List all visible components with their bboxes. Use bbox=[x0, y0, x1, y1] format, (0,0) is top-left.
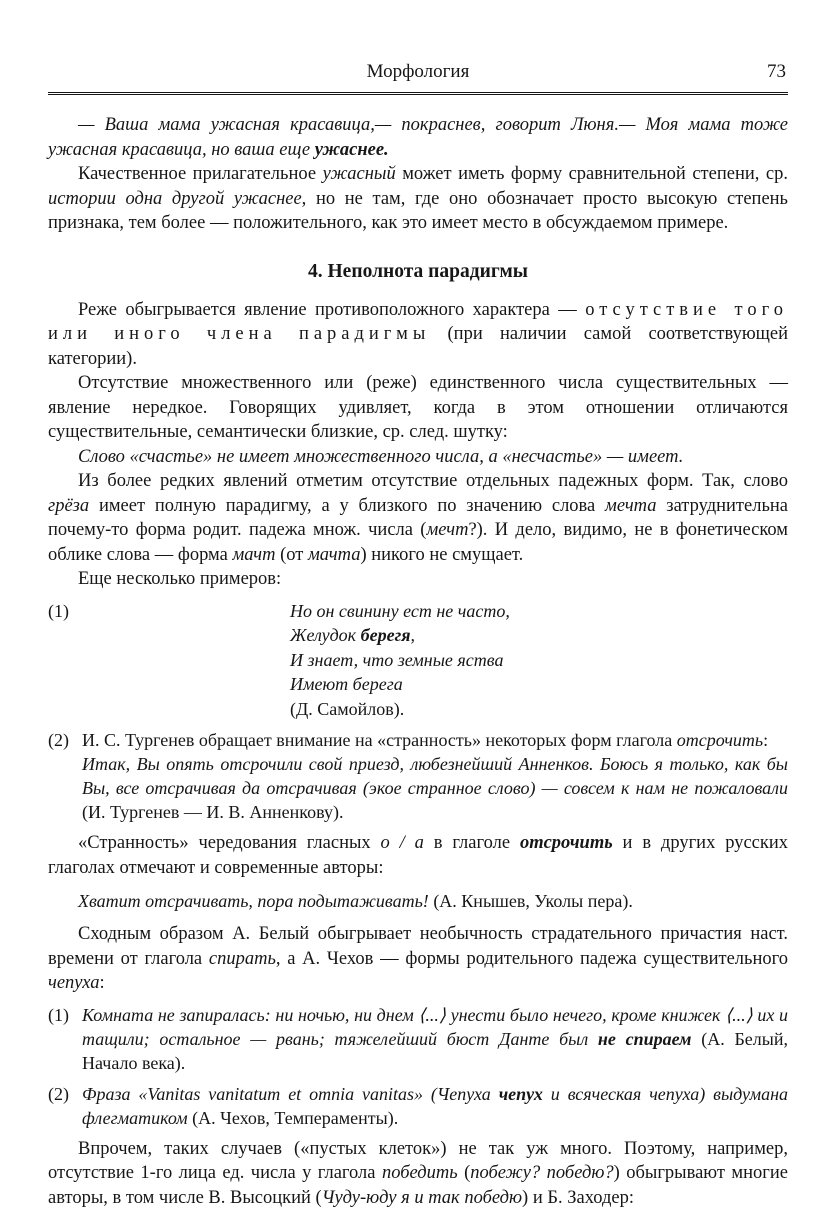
paragraph-vowel-alternation: «Странность» чередования гласных о / а в… bbox=[48, 831, 788, 880]
text-segment: (А. Кнышев, Уколы пера). bbox=[429, 891, 633, 911]
text-segment: Хватит отсрачивать, пора подытаживать! bbox=[78, 891, 429, 911]
text-segment: Отсутствие множественного или (реже) еди… bbox=[48, 373, 788, 442]
running-title: Морфология bbox=[367, 61, 470, 82]
text-segment: , bbox=[411, 625, 416, 645]
turgenev-example-item: (2) И. С. Тургенев обращает внимание на … bbox=[48, 728, 788, 824]
text-segment: имеет полную парадигму, а у близкого по … bbox=[89, 496, 605, 516]
item-marker: (2) bbox=[48, 728, 69, 752]
text-segment: (от bbox=[275, 545, 308, 565]
paragraph-paradigm-absence: Реже обыгрывается явление противоположно… bbox=[48, 298, 788, 372]
verse-line: Имеют берега bbox=[290, 672, 788, 697]
text-segment: Реже обыгрывается явление противоположно… bbox=[78, 300, 585, 320]
text-segment: чепух bbox=[499, 1084, 543, 1104]
paragraph-number-absence: Отсутствие множественного или (реже) еди… bbox=[48, 371, 788, 445]
text-segment: И знает, что земные яства bbox=[290, 650, 503, 670]
text-segment: Еще несколько примеров: bbox=[78, 569, 281, 589]
item-text: Фраза «Vanitas vanitatum et omnia vanita… bbox=[82, 1082, 788, 1130]
text-segment: может иметь форму сравнительной степени,… bbox=[396, 164, 788, 184]
text-segment: отсрочить bbox=[677, 730, 763, 750]
text-segment: (И. Тургенев — И. В. Анненкову). bbox=[82, 802, 343, 822]
item-marker: (1) bbox=[48, 599, 69, 623]
item-text: И. С. Тургенев обращает внимание на «стр… bbox=[82, 728, 788, 824]
paragraph-case-forms: Из более редких явлений отметим отсутств… bbox=[48, 469, 788, 567]
bely-example-item: (1) Комната не запиралась: ни ночью, ни … bbox=[48, 1003, 788, 1075]
text-segment: Но он свинину ест не часто, bbox=[290, 601, 510, 621]
text-segment: победить bbox=[382, 1163, 458, 1183]
verse-example-item: (1) Но он свинину ест не часто, Желудок … bbox=[48, 599, 788, 722]
text-segment: — Ваша мама ужасная красавица,— покрасне… bbox=[48, 115, 788, 160]
text-segment: берегя bbox=[361, 625, 411, 645]
item-marker: (2) bbox=[48, 1082, 69, 1106]
page-content: Морфология 73 — Ваша мама ужасная красав… bbox=[48, 60, 788, 1210]
book-page: Морфология 73 — Ваша мама ужасная красав… bbox=[0, 0, 834, 1230]
text-segment: отсрочить bbox=[520, 833, 613, 853]
text-segment: мечта bbox=[605, 496, 656, 516]
text-segment: : bbox=[763, 730, 768, 750]
text-segment: ( bbox=[458, 1163, 471, 1183]
text-segment: Качественное прилагательное bbox=[78, 164, 323, 184]
section-heading: 4. Неполнота парадигмы bbox=[48, 260, 788, 284]
paragraph-adjective-commentary: Качественное прилагательное ужасный може… bbox=[48, 162, 788, 236]
text-segment: ужаснее. bbox=[315, 140, 389, 160]
text-segment: мачта bbox=[308, 545, 360, 565]
verse-line: Но он свинину ест не часто, bbox=[290, 599, 788, 624]
chekhov-example-item: (2) Фраза «Vanitas vanitatum et omnia va… bbox=[48, 1082, 788, 1130]
text-segment: Из более редких явлений отметим отсутств… bbox=[78, 471, 788, 491]
text-segment: Имеют берега bbox=[290, 674, 403, 694]
text-segment: ужасный bbox=[323, 164, 396, 184]
item-marker: (1) bbox=[48, 1003, 69, 1027]
text-segment: не спираем bbox=[598, 1029, 692, 1049]
knyshev-quote: Хватит отсрачивать, пора подытаживать! (… bbox=[48, 889, 788, 913]
item-text: Комната не запиралась: ни ночью, ни днем… bbox=[82, 1003, 788, 1075]
text-segment: ) никого не смущает. bbox=[360, 545, 523, 565]
verse-line: И знает, что земные яства bbox=[290, 648, 788, 673]
text-segment: чепуха bbox=[48, 973, 99, 993]
text-segment: спирать bbox=[209, 949, 276, 969]
text-segment: истории одна другой ужаснее bbox=[48, 189, 302, 209]
text-segment: : bbox=[99, 973, 104, 993]
text-segment: И. С. Тургенев обращает внимание на «стр… bbox=[82, 730, 677, 750]
verse-block: Но он свинину ест не часто, Желудок бере… bbox=[290, 599, 788, 722]
text-segment: «Странность» чередования гласных bbox=[78, 833, 381, 853]
text-segment: (А. Чехов, Темпераменты). bbox=[188, 1108, 399, 1128]
text-segment: мачт bbox=[232, 545, 275, 565]
text-segment: Фраза «Vanitas vanitatum et omnia vanita… bbox=[82, 1084, 499, 1104]
paragraph-more-examples-lead: Еще несколько примеров: bbox=[48, 567, 788, 592]
text-segment: ) и Б. Заходер: bbox=[522, 1188, 634, 1208]
verse-line: Желудок берегя, bbox=[290, 623, 788, 648]
paragraph-dialogue-example: — Ваша мама ужасная красавица,— покрасне… bbox=[48, 113, 788, 162]
paragraph-bely-chekhov: Сходным образом А. Белый обыгрывает необ… bbox=[48, 922, 788, 996]
text-segment: Желудок bbox=[290, 625, 361, 645]
text-segment: грёза bbox=[48, 496, 89, 516]
text-segment: мечт bbox=[426, 520, 468, 540]
paragraph-pobedit-conclusion: Впрочем, таких случаев («пустых клеток»)… bbox=[48, 1137, 788, 1211]
running-header: Морфология 73 bbox=[48, 60, 788, 95]
example-schaste-quote: Слово «счастье» не имеет множественного … bbox=[48, 445, 788, 470]
text-segment: Итак, Вы опять отсрочили свой приезд, лю… bbox=[82, 754, 788, 798]
text-segment: Слово «счастье» не имеет множественного … bbox=[78, 447, 683, 467]
text-segment: , а А. Чехов — формы родительного падежа… bbox=[276, 949, 788, 969]
text-segment: в глаголе bbox=[424, 833, 520, 853]
text-segment: (Д. Самойлов). bbox=[290, 699, 404, 719]
verse-attribution: (Д. Самойлов). bbox=[290, 697, 788, 722]
text-segment: о / а bbox=[381, 833, 424, 853]
text-segment: Чуду-юду я и так победю bbox=[322, 1188, 522, 1208]
page-number: 73 bbox=[767, 60, 786, 84]
text-segment: побежу? победю? bbox=[470, 1163, 613, 1183]
